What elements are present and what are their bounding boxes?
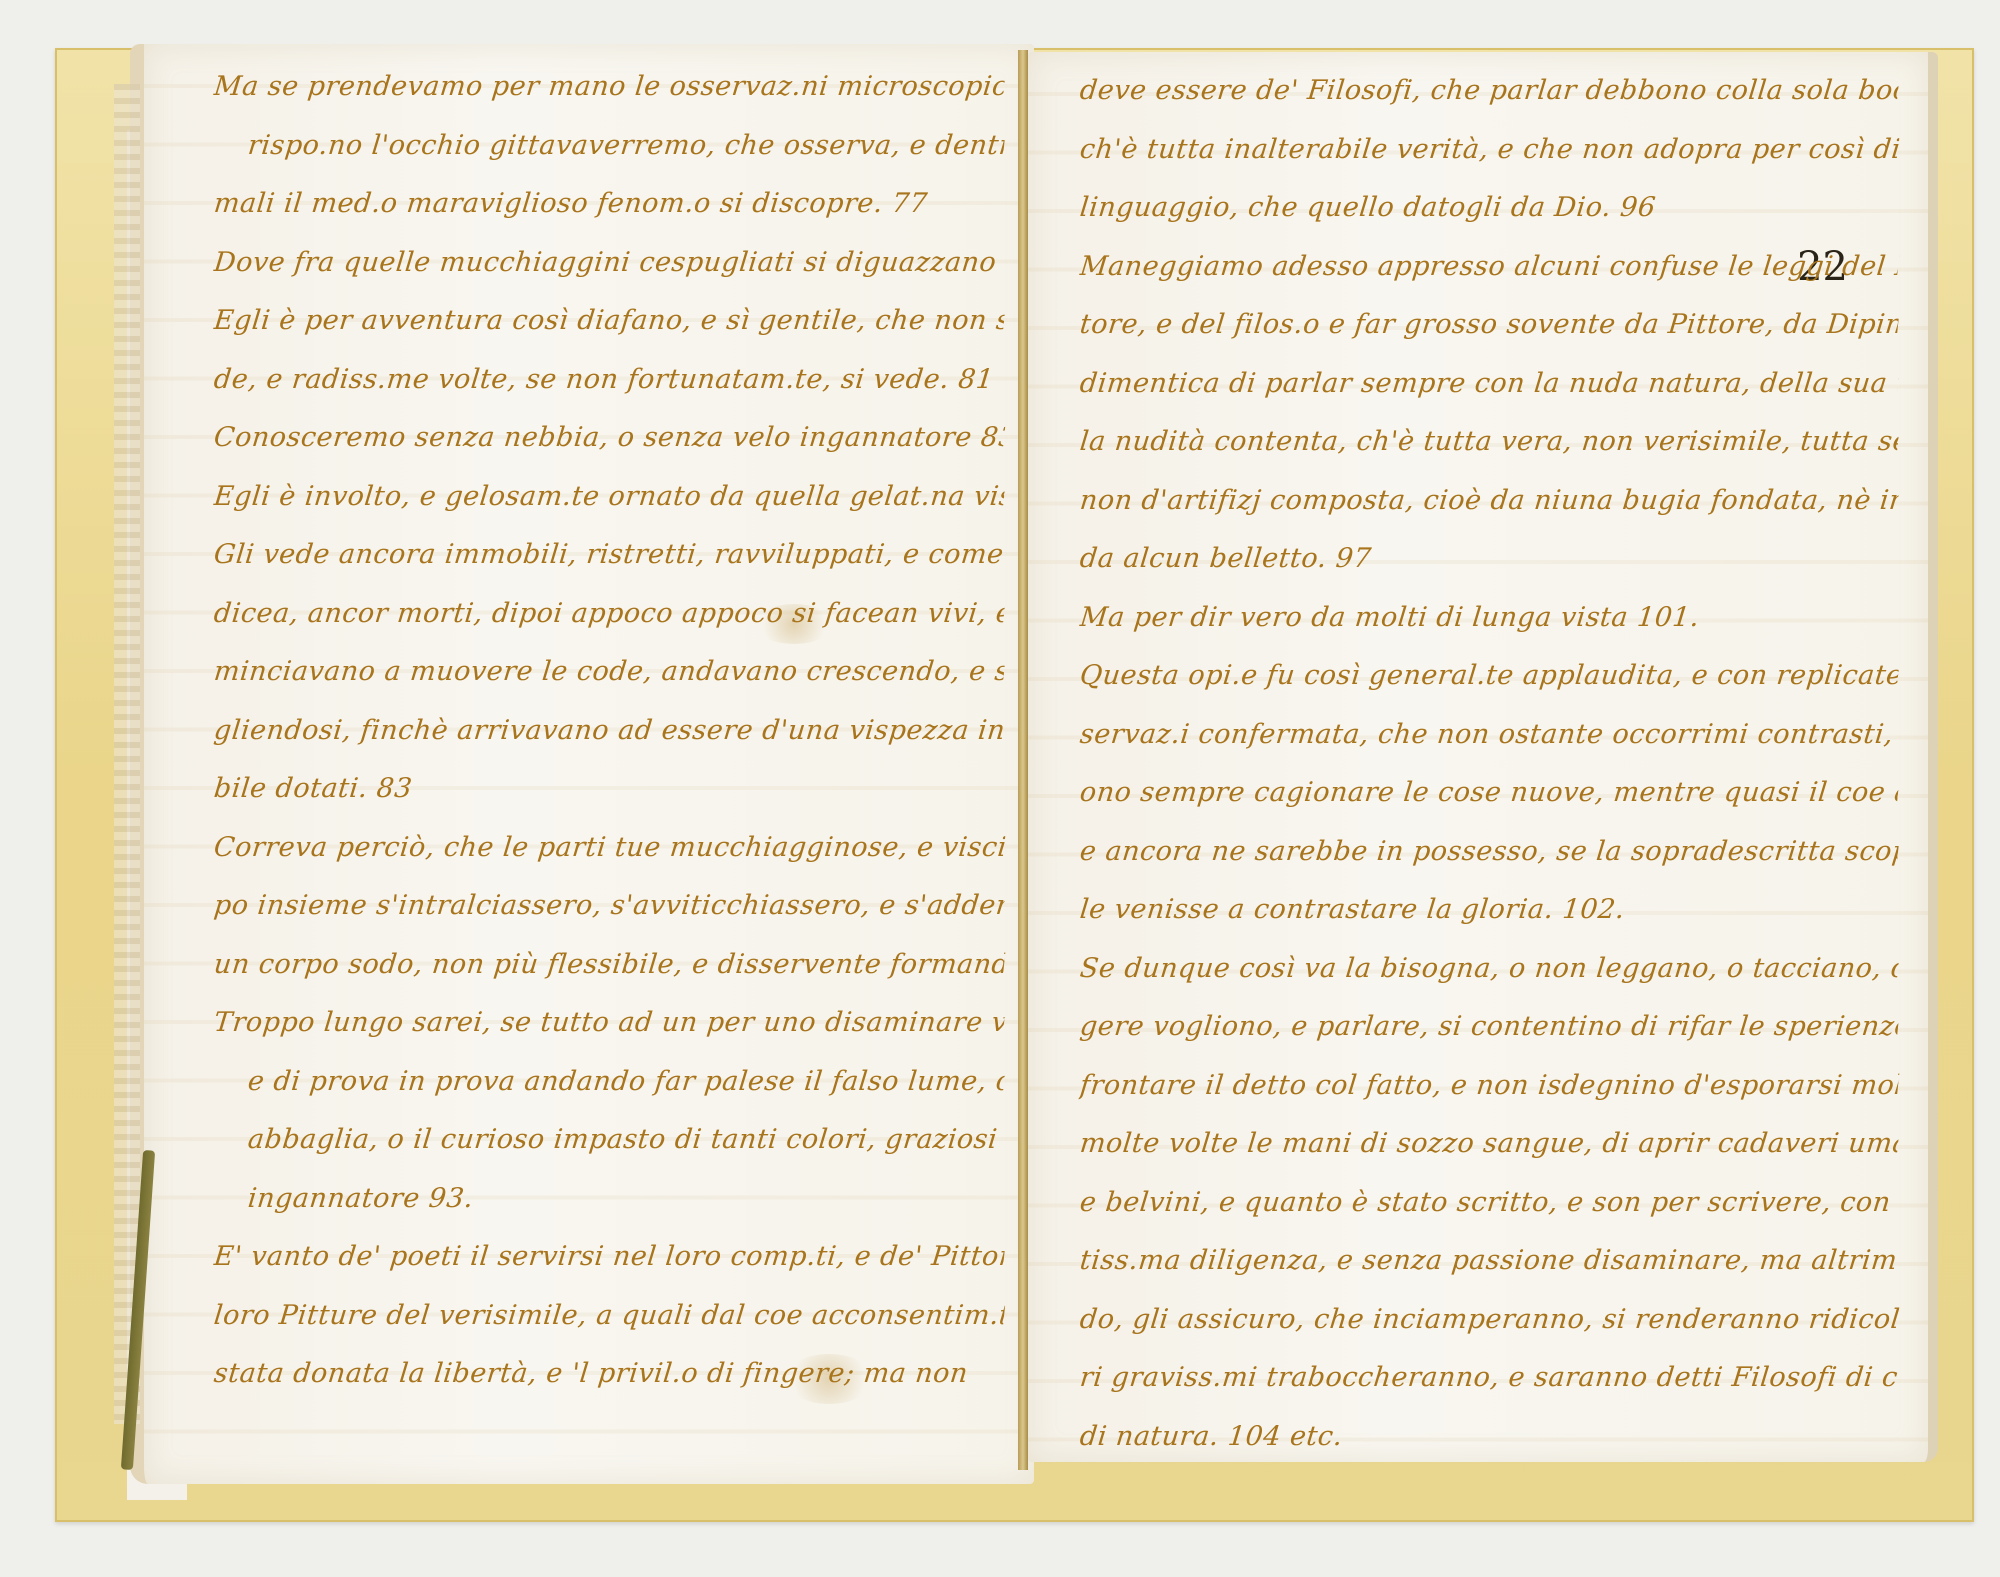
manuscript-line: molte volte le mani di sozzo sangue, di … (1077, 1115, 1901, 1174)
manuscript-line: de, e radiss.me volte, se non fortunatam… (211, 351, 1007, 410)
manuscript-line: mali il med.o maraviglioso fenom.o si di… (211, 175, 1007, 234)
manuscript-line: minciavano a muovere le code, andavano c… (211, 643, 1007, 702)
manuscript-line: un corpo sodo, non più flessibile, e dis… (211, 936, 1007, 995)
manuscript-line: Egli è involto, e gelosam.te ornato da q… (211, 468, 1007, 527)
manuscript-line: Correva perciò, che le parti tue mucchia… (211, 819, 1007, 878)
manuscript-line: le venisse a contrastare la gloria. 102. (1077, 881, 1901, 940)
manuscript-line: Egli è per avventura così diafano, e sì … (211, 292, 1007, 351)
manuscript-line: Ma se prendevamo per mano le osservaz.ni… (211, 58, 1007, 117)
manuscript-line: rispo.no l'occhio gittavaverremo, che os… (211, 117, 1007, 176)
manuscript-line: E' vanto de' poeti il servirsi nel loro … (211, 1228, 1007, 1287)
right-page: 22 deve essere de' Filosofi, che parlar … (1028, 52, 1938, 1462)
manuscript-line: Conosceremo senza nebbia, o senza velo i… (211, 409, 1007, 468)
book-spine-gutter (1018, 50, 1028, 1470)
manuscript-line: abbaglia, o il curioso impasto di tanti … (211, 1111, 1007, 1170)
manuscript-line: Ma per dir vero da molti di lunga vista … (1077, 589, 1901, 648)
manuscript-line: deve essere de' Filosofi, che parlar deb… (1077, 62, 1901, 121)
manuscript-line: Questa opi.e fu così general.te applaudi… (1077, 647, 1901, 706)
left-page-text: Ma se prendevamo per mano le osservaz.ni… (214, 58, 1004, 1404)
manuscript-line: Dove fra quelle mucchiaggini cespugliati… (211, 234, 1007, 293)
manuscript-line: po insieme s'intralciassero, s'avviticch… (211, 877, 1007, 936)
manuscript-line: gere vogliono, e parlare, si contentino … (1077, 998, 1901, 1057)
manuscript-line: e ancora ne sarebbe in possesso, se la s… (1077, 823, 1901, 882)
manuscript-line: tiss.ma diligenza, e senza passione disa… (1077, 1232, 1901, 1291)
manuscript-line: e belvini, e quanto è stato scritto, e s… (1077, 1174, 1901, 1233)
manuscript-line: Gli vede ancora immobili, ristretti, rav… (211, 526, 1007, 585)
manuscript-line: dicea, ancor morti, dipoi appoco appoco … (211, 585, 1007, 644)
manuscript-line: da alcun belletto. 97 (1077, 530, 1901, 589)
manuscript-line: la nudità contenta, ch'è tutta vera, non… (1077, 413, 1901, 472)
manuscript-line: Troppo lungo sarei, se tutto ad un per u… (211, 994, 1007, 1053)
manuscript-line: servaz.i confermata, che non ostante occ… (1077, 706, 1901, 765)
manuscript-line: e di prova in prova andando far palese i… (211, 1053, 1007, 1112)
manuscript-line: ingannatore 93. (211, 1170, 1007, 1229)
left-page: Ma se prendevamo per mano le osservaz.ni… (130, 44, 1034, 1484)
right-page-text: deve essere de' Filosofi, che parlar deb… (1080, 62, 1898, 1466)
manuscript-line: ch'è tutta inalterabile verità, e che no… (1077, 121, 1901, 180)
manuscript-line: ri graviss.mi traboccheranno, e saranno … (1077, 1349, 1901, 1408)
manuscript-line: stata donata la libertà, e 'l privil.o d… (211, 1345, 1007, 1404)
manuscript-line: tore, e del filos.o e far grosso sovente… (1077, 296, 1901, 355)
manuscript-line: linguaggio, che quello datogli da Dio. 9… (1077, 179, 1901, 238)
manuscript-line: bile dotati. 83 (211, 760, 1007, 819)
manuscript-line: frontare il detto col fatto, e non isdeg… (1077, 1057, 1901, 1116)
manuscript-line: ono sempre cagionare le cose nuove, ment… (1077, 764, 1901, 823)
manuscript-line: Se dunque così va la bisogna, o non legg… (1077, 940, 1901, 999)
manuscript-line: loro Pitture del verisimile, a quali dal… (211, 1287, 1007, 1346)
manuscript-line: Maneggiamo adesso appresso alcuni confus… (1077, 238, 1901, 297)
manuscript-line: non d'artifizj composta, cioè da niuna b… (1077, 472, 1901, 531)
manuscript-line: do, gli assicuro, che inciamperanno, si … (1077, 1291, 1901, 1350)
manuscript-line: gliendosi, finchè arrivavano ad essere d… (211, 702, 1007, 761)
manuscript-line: dimentica di parlar sempre con la nuda n… (1077, 355, 1901, 414)
manuscript-line: di natura. 104 etc. (1077, 1408, 1901, 1467)
